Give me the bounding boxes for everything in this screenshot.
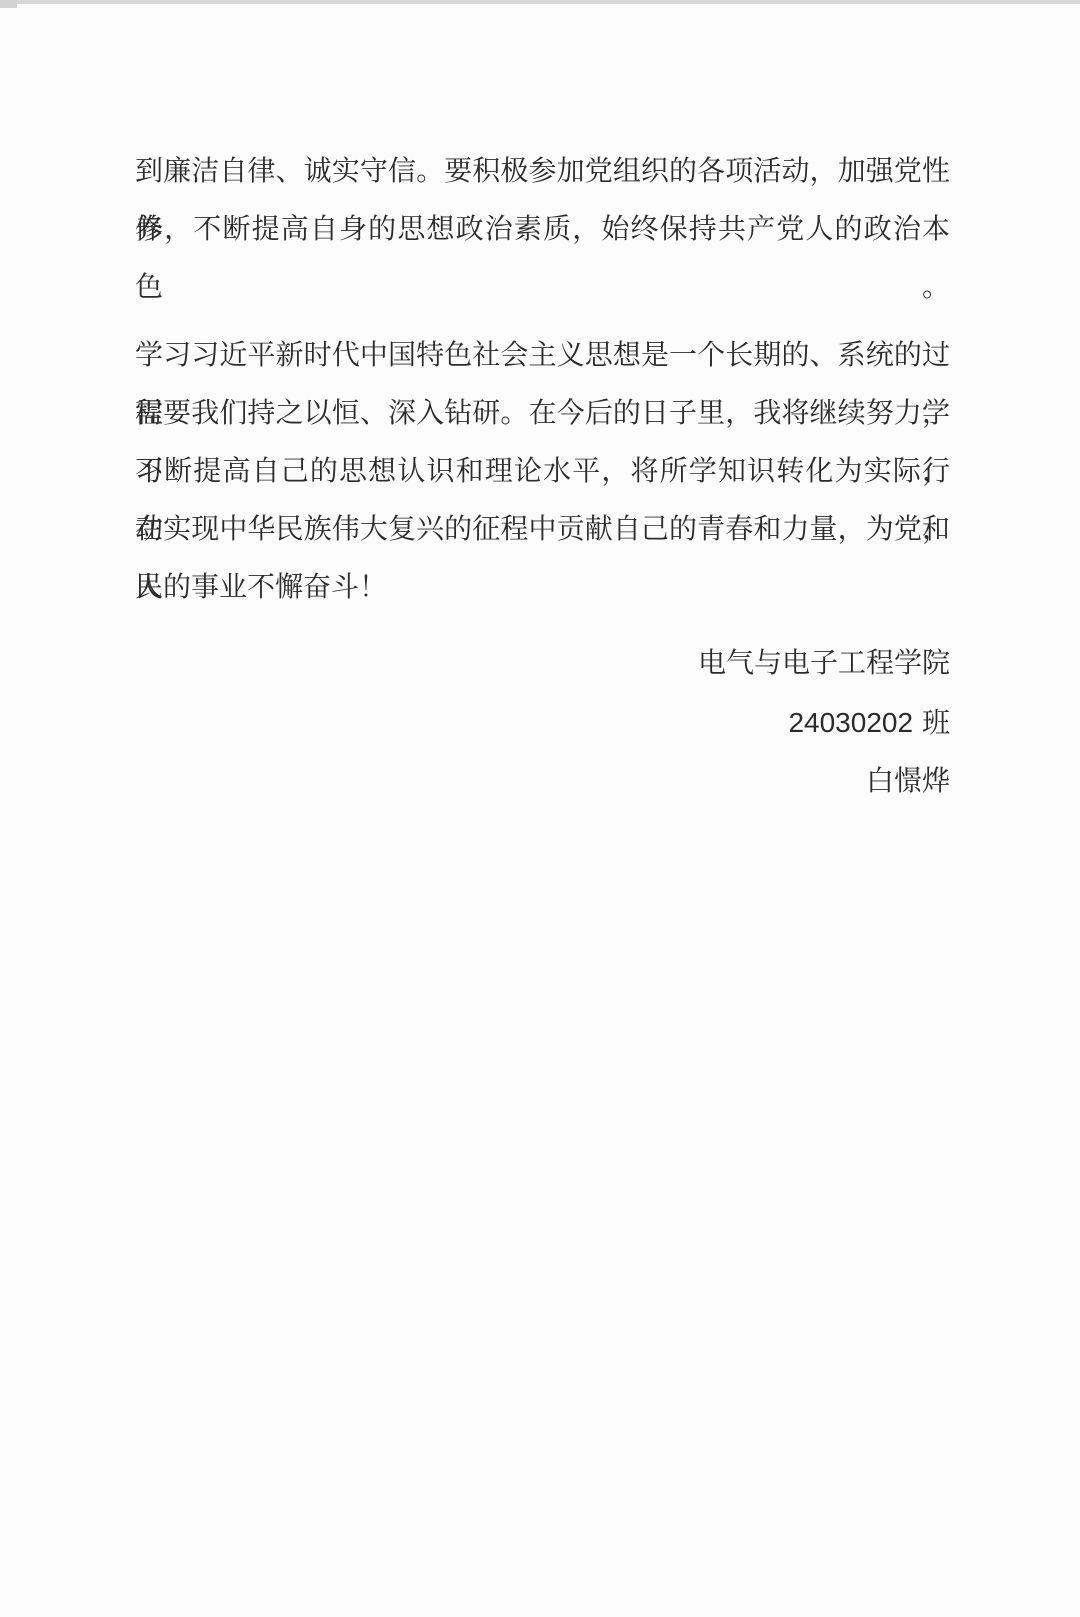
paragraph-1-line-1: 到廉洁自律、诚实守信。要积极参加党组织的各项活动，加强党性修 (135, 143, 950, 201)
signature-college: 电气与电子工程学院 (135, 634, 950, 693)
paragraph-2-line-3: 不断提高自己的思想认识和理论水平，将所学知识转化为实际行动， (135, 443, 950, 501)
signature-class-label: 班 (922, 708, 950, 739)
paragraph-2: 学习习近平新时代中国特色社会主义思想是一个长期的、系统的过程， 需要我们持之以恒… (135, 327, 950, 617)
signature-name: 白憬烨 (135, 752, 950, 811)
paragraph-2-line-1: 学习习近平新时代中国特色社会主义思想是一个长期的、系统的过程， (135, 327, 950, 385)
signature-class-number: 24030202 (788, 707, 913, 738)
paragraph-1: 到廉洁自律、诚实守信。要积极参加党组织的各项活动，加强党性修 养，不断提高自身的… (135, 143, 950, 259)
document-page: 到廉洁自律、诚实守信。要积极参加党组织的各项活动，加强党性修 养，不断提高自身的… (135, 143, 950, 811)
signature-class: 24030202班 (135, 693, 950, 752)
paragraph-2-line-2: 需要我们持之以恒、深入钻研。在今后的日子里，我将继续努力学习， (135, 385, 950, 443)
page-top-corner-artifact (0, 0, 17, 8)
paragraph-2-line-4: 在实现中华民族伟大复兴的征程中贡献自己的青春和力量，为党和人 (135, 501, 950, 559)
page-top-edge-artifact (0, 0, 1080, 4)
paragraph-2-line-5: 民的事业不懈奋斗！ (135, 559, 950, 617)
paragraph-1-line-2: 养，不断提高自身的思想政治素质，始终保持共产党人的政治本色。 (135, 201, 950, 259)
signature-block: 电气与电子工程学院 24030202班 白憬烨 (135, 634, 950, 811)
